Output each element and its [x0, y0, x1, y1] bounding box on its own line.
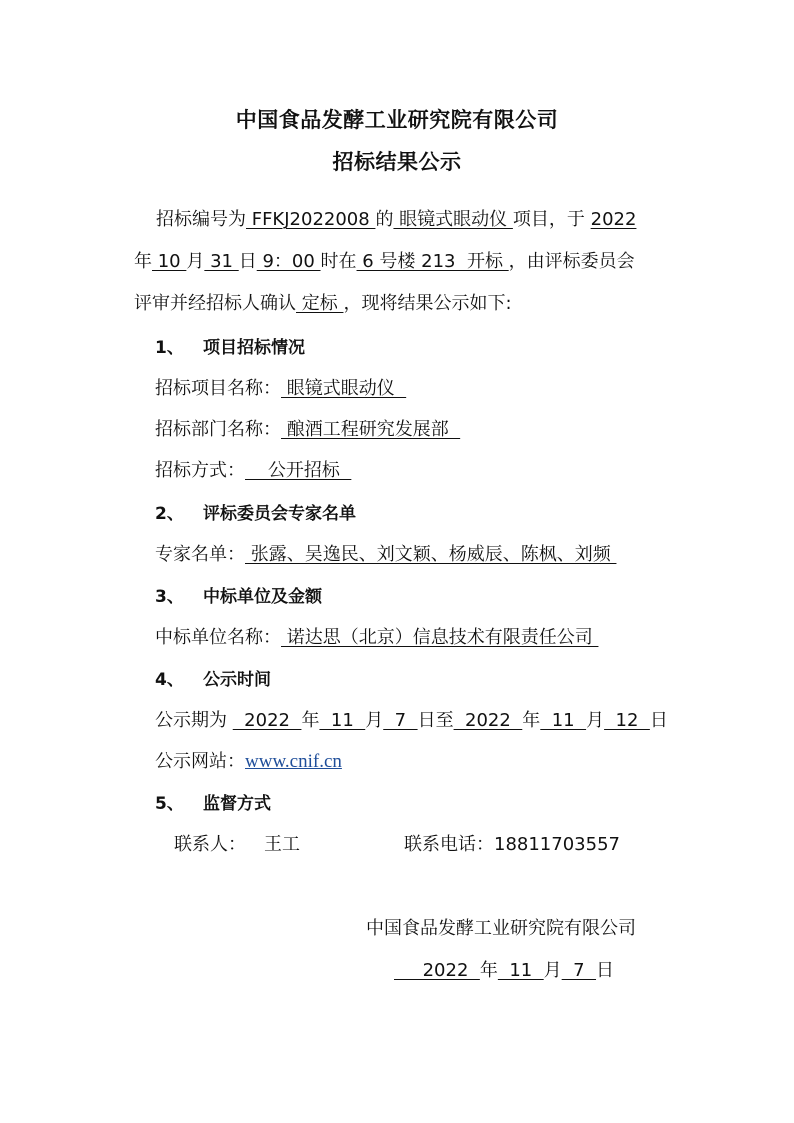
- unit-text: 日: [650, 710, 668, 731]
- phone-label: 联系电话：: [404, 834, 494, 855]
- period-row: 公示期为 2022 年 11 月 7 日至 2022 年 11 月 12 日: [155, 709, 668, 733]
- dept-row: 招标部门名称： 酿酒工程研究发展部: [155, 418, 460, 442]
- section-title: 公示时间: [203, 670, 271, 690]
- field-label: 招标方式：: [155, 460, 245, 481]
- project-name: 眼镜式眼动仪: [393, 209, 512, 230]
- section-heading-2: 2、评标委员会专家名单: [155, 502, 356, 526]
- method-row: 招标方式： 公开招标: [155, 459, 351, 483]
- signature-date: 2022 年 11 月 7 日: [394, 959, 614, 983]
- sign-year: 2022: [394, 960, 480, 981]
- website-link[interactable]: www.cnif.cn: [245, 751, 342, 772]
- unit-text: 月: [365, 710, 383, 731]
- unit-text: 年: [301, 710, 319, 731]
- open-day: 31: [204, 251, 238, 272]
- contact-label: 联系人：: [174, 834, 246, 855]
- section-title: 中标单位及金额: [203, 587, 322, 607]
- org-title: 中国食品发酵工业研究院有限公司: [0, 104, 794, 134]
- section-number: 5、: [155, 792, 203, 816]
- field-value: 眼镜式眼动仪: [281, 378, 406, 399]
- section-number: 3、: [155, 585, 203, 609]
- phone-row: 联系电话：18811703557: [404, 833, 620, 857]
- unit-text: 年: [522, 710, 540, 731]
- open-location: 6 号楼 213 开标: [357, 251, 509, 272]
- sign-month: 11: [498, 960, 544, 981]
- end-year: 2022: [454, 710, 523, 731]
- experts-row: 专家名单： 张露、吴逸民、刘文颖、杨威辰、陈枫、刘频: [155, 543, 616, 567]
- section-heading-4: 4、公示时间: [155, 668, 271, 692]
- unit-text: 年: [480, 960, 498, 981]
- intro-text: 的: [375, 209, 393, 230]
- field-label: 专家名单：: [155, 544, 245, 565]
- intro-line-3: 评审并经招标人确认 定标 ，现将结果公示如下:: [134, 292, 512, 316]
- section-title: 评标委员会专家名单: [203, 504, 356, 524]
- intro-line-2: 年 10 月 31 日 9：00 时在 6 号楼 213 开标 ，由评标委员会: [134, 250, 635, 274]
- section-number: 4、: [155, 668, 203, 692]
- intro-text: ，现将结果公示如下:: [343, 293, 511, 314]
- phone-number: 18811703557: [494, 834, 620, 855]
- field-label: 招标项目名称：: [155, 378, 281, 399]
- unit-text: 月: [544, 960, 562, 981]
- section-heading-1: 1、项目招标情况: [155, 336, 305, 360]
- end-month: 11: [540, 710, 586, 731]
- end-day: 12: [604, 710, 650, 731]
- website-row: 公示网站：www.cnif.cn: [155, 750, 342, 774]
- intro-text: ，由评标委员会: [509, 251, 635, 272]
- start-year: 2022: [233, 710, 302, 731]
- start-day: 7: [383, 710, 417, 731]
- field-label: 招标部门名称：: [155, 419, 281, 440]
- open-month: 10: [152, 251, 186, 272]
- project-name-row: 招标项目名称： 眼镜式眼动仪: [155, 377, 406, 401]
- signature-org: 中国食品发酵工业研究院有限公司: [366, 917, 636, 941]
- intro-text: 招标编号为: [156, 209, 246, 230]
- intro-line-1: 招标编号为 FFKJ2022008 的 眼镜式眼动仪 项目，于 2022: [156, 208, 636, 232]
- field-label: 公示期为: [155, 710, 233, 731]
- unit-text: 日: [596, 960, 614, 981]
- unit-text: 月: [586, 710, 604, 731]
- open-time: 9：00: [257, 251, 321, 272]
- field-label: 公示网站：: [155, 751, 245, 772]
- sign-day: 7: [562, 960, 596, 981]
- section-title: 项目招标情况: [203, 338, 305, 358]
- intro-text: 项目，于: [513, 209, 591, 230]
- expert-list: 张露、吴逸民、刘文颖、杨威辰、陈枫、刘频: [245, 544, 616, 565]
- winner-name: 诺达思（北京）信息技术有限责任公司: [281, 627, 598, 648]
- section-heading-5: 5、监督方式: [155, 792, 271, 816]
- doc-title: 招标结果公示: [0, 146, 794, 176]
- section-heading-3: 3、中标单位及金额: [155, 585, 322, 609]
- field-value: 酿酒工程研究发展部: [281, 419, 460, 440]
- open-year: 2022: [591, 209, 637, 230]
- intro-text: 年: [134, 251, 152, 272]
- decision: 定标: [296, 293, 343, 314]
- intro-text: 评审并经招标人确认: [134, 293, 296, 314]
- section-number: 1、: [155, 336, 203, 360]
- contact-row: 联系人：王工: [174, 833, 300, 857]
- contact-name: 王工: [264, 834, 300, 855]
- start-month: 11: [319, 710, 365, 731]
- section-number: 2、: [155, 502, 203, 526]
- bid-number: FFKJ2022008: [246, 209, 375, 230]
- intro-text: 时在: [321, 251, 357, 272]
- unit-text: 日至: [418, 710, 454, 731]
- intro-text: 月: [186, 251, 204, 272]
- field-value: 公开招标: [245, 460, 351, 481]
- intro-text: 日: [239, 251, 257, 272]
- field-label: 中标单位名称：: [155, 627, 281, 648]
- winner-row: 中标单位名称： 诺达思（北京）信息技术有限责任公司: [155, 626, 598, 650]
- section-title: 监督方式: [203, 794, 271, 814]
